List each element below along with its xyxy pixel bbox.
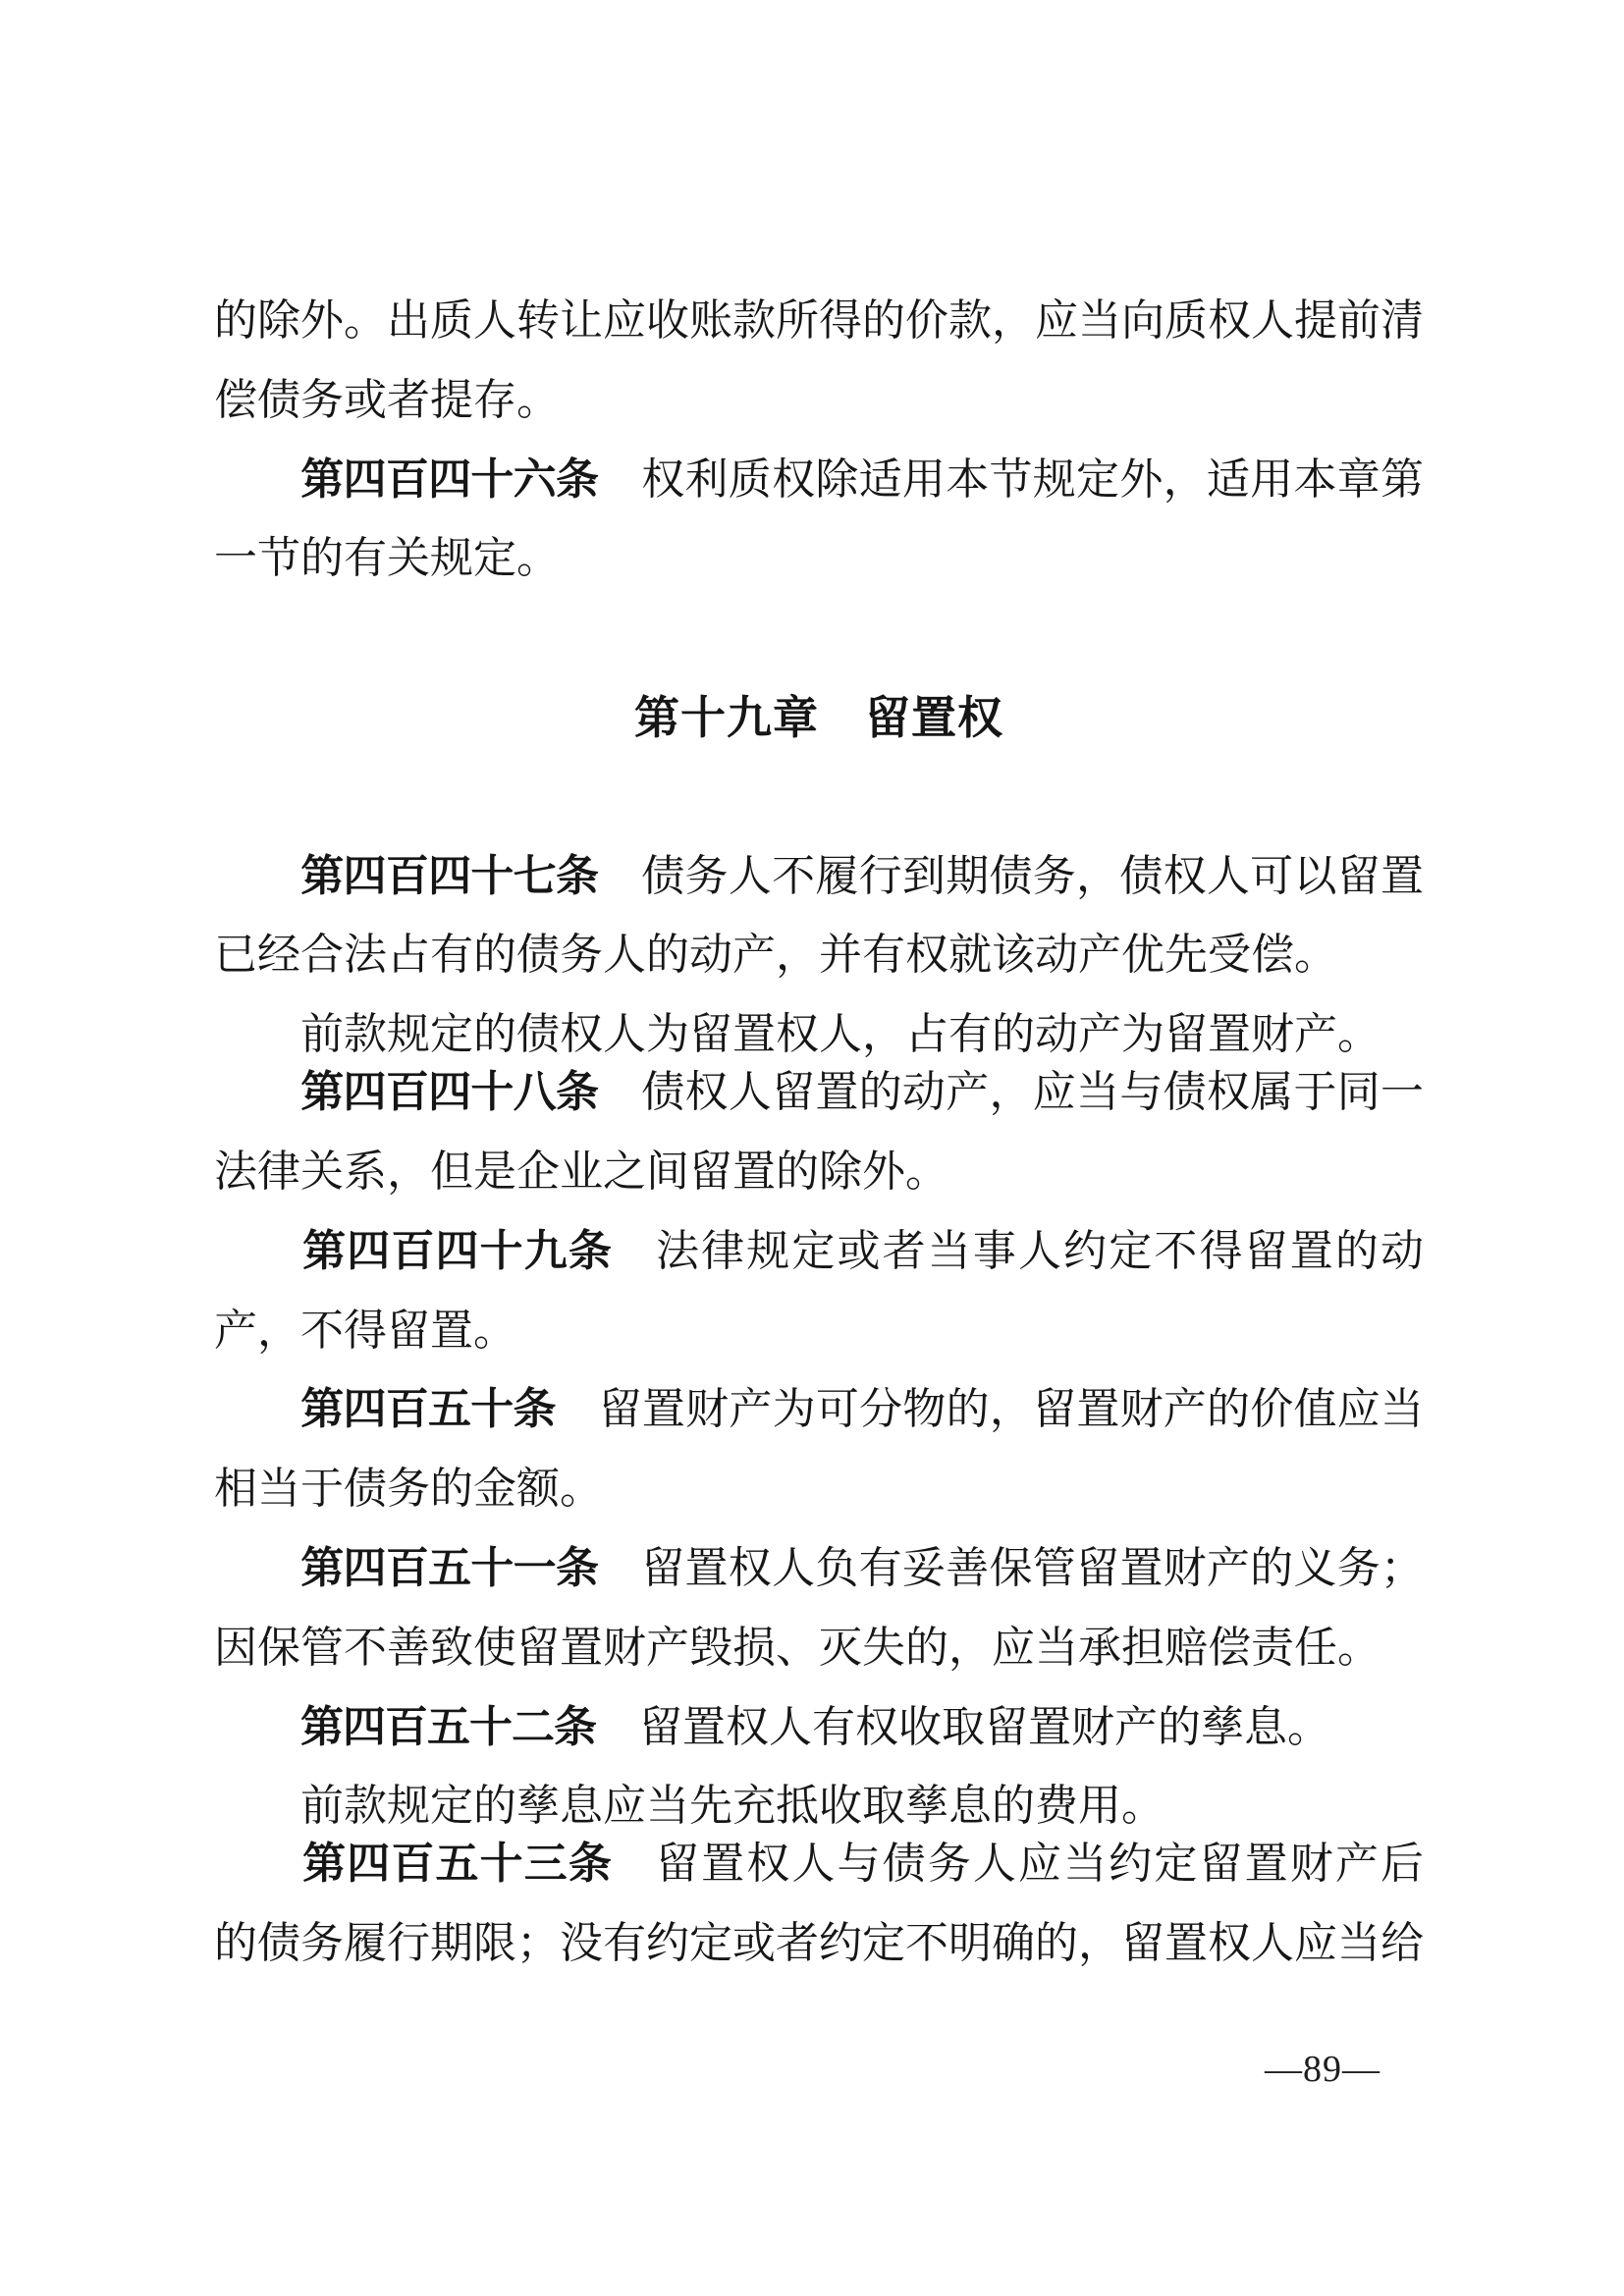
paragraph-text: 前款规定的债权人为留置权人，占有的动产为留置财产。 bbox=[300, 1010, 1380, 1058]
paragraph-indent bbox=[214, 1819, 300, 1820]
text-line: 偿债务或者提存。 bbox=[214, 361, 1424, 441]
text-line: 已经合法占有的债务人的动产，并有权就该动产优先受偿。 bbox=[214, 916, 1424, 995]
article-number: 第四百四十七条 bbox=[300, 852, 598, 900]
article-number: 第四百四十六条 bbox=[300, 455, 598, 504]
text-line: 第四百五十二条留置权人有权收取留置财产的孳息。 bbox=[214, 1688, 1424, 1768]
paragraph-indent bbox=[214, 889, 300, 890]
article-text: 法律规定或者当事人约定不得留置的动 bbox=[656, 1227, 1424, 1275]
paragraph-indent bbox=[214, 1047, 300, 1048]
paragraph-text: 产，不得留置。 bbox=[214, 1307, 516, 1355]
text-line: 第四百四十六条权利质权除适用本节规定外，适用本章第 bbox=[214, 441, 1424, 520]
legal-text-block: 的除外。出质人转让应收账款所得的价款，应当向质权人提前清偿债务或者提存。第四百四… bbox=[214, 282, 1424, 1984]
text-line: 第四百四十九条法律规定或者当事人约定不得留置的动 bbox=[214, 1212, 1424, 1292]
paragraph-indent bbox=[214, 1740, 300, 1741]
chapter-title: 第十九章 留置权 bbox=[634, 692, 1003, 743]
text-line: 第四百四十七条债务人不履行到期债务，债权人可以留置 bbox=[214, 837, 1424, 917]
text-line: 的债务履行期限；没有约定或者约定不明确的，留置权人应当给 bbox=[214, 1904, 1424, 1984]
article-text: 留置财产为可分物的，留置财产的价值应当 bbox=[599, 1385, 1424, 1433]
paragraph-indent bbox=[214, 1422, 300, 1423]
paragraph-indent bbox=[214, 1581, 300, 1582]
text-line: 第四百五十一条留置权人负有妥善保管留置财产的义务； bbox=[214, 1529, 1424, 1609]
document-page: 的除外。出质人转让应收账款所得的价款，应当向质权人提前清偿债务或者提存。第四百四… bbox=[0, 0, 1624, 2296]
text-line: 第四百四十八条债权人留置的动产，应当与债权属于同一 bbox=[214, 1053, 1424, 1133]
text-line: 产，不得留置。 bbox=[214, 1292, 1424, 1371]
paragraph-text: 的债务履行期限；没有约定或者约定不明确的，留置权人应当给 bbox=[214, 1919, 1424, 1967]
text-line: 第四百五十条留置财产为可分物的，留置财产的价值应当 bbox=[214, 1370, 1424, 1450]
paragraph-text: 前款规定的孳息应当先充抵收取孳息的费用。 bbox=[300, 1782, 1164, 1830]
paragraph-indent bbox=[214, 1105, 300, 1106]
paragraph-text: 一节的有关规定。 bbox=[214, 534, 560, 582]
blank-line bbox=[214, 758, 1424, 837]
paragraph-indent bbox=[214, 493, 300, 494]
article-text: 权利质权除适用本节规定外，适用本章第 bbox=[641, 455, 1424, 504]
article-number: 第四百五十条 bbox=[300, 1385, 556, 1433]
article-number: 第四百四十八条 bbox=[300, 1068, 598, 1116]
text-line: 一节的有关规定。 bbox=[214, 519, 1424, 599]
paragraph-indent bbox=[214, 1877, 300, 1878]
text-line: 第四百五十三条留置权人与债务人应当约定留置财产后 bbox=[214, 1825, 1424, 1904]
article-text: 留置权人有权收取留置财产的孳息。 bbox=[639, 1703, 1330, 1751]
paragraph-text: 法律关系，但是企业之间留置的除外。 bbox=[214, 1148, 948, 1196]
text-line: 因保管不善致使留置财产毁损、灭失的，应当承担赔偿责任。 bbox=[214, 1609, 1424, 1688]
paragraph-text: 的除外。出质人转让应收账款所得的价款，应当向质权人提前清 bbox=[214, 296, 1424, 345]
paragraph-text: 相当于债务的金额。 bbox=[214, 1465, 603, 1513]
article-number: 第四百五十一条 bbox=[300, 1544, 598, 1592]
article-number: 第四百五十三条 bbox=[300, 1840, 613, 1888]
article-number: 第四百五十二条 bbox=[300, 1703, 596, 1751]
paragraph-indent bbox=[214, 1264, 300, 1265]
article-text: 债权人留置的动产，应当与债权属于同一 bbox=[641, 1068, 1424, 1116]
chapter-heading: 第十九章 留置权 bbox=[214, 678, 1424, 758]
article-text: 债务人不履行到期债务，债权人可以留置 bbox=[641, 852, 1424, 900]
article-text: 留置权人负有妥善保管留置财产的义务； bbox=[641, 1544, 1424, 1592]
text-line: 相当于债务的金额。 bbox=[214, 1450, 1424, 1529]
article-number: 第四百四十九条 bbox=[300, 1227, 613, 1275]
paragraph-text: 已经合法占有的债务人的动产，并有权就该动产优先受偿。 bbox=[214, 931, 1337, 979]
page-number-label: —89— bbox=[1265, 2049, 1380, 2090]
text-line: 的除外。出质人转让应收账款所得的价款，应当向质权人提前清 bbox=[214, 282, 1424, 361]
paragraph-text: 因保管不善致使留置财产毁损、灭失的，应当承担赔偿责任。 bbox=[214, 1624, 1380, 1672]
text-line: 前款规定的孳息应当先充抵收取孳息的费用。 bbox=[214, 1767, 300, 1768]
blank-line bbox=[214, 599, 1424, 678]
page-number: —89— bbox=[1265, 2048, 1380, 2091]
article-text: 留置权人与债务人应当约定留置财产后 bbox=[656, 1840, 1424, 1888]
text-line: 前款规定的债权人为留置权人，占有的动产为留置财产。 bbox=[214, 995, 300, 996]
text-line: 法律关系，但是企业之间留置的除外。 bbox=[214, 1133, 1424, 1212]
paragraph-text: 偿债务或者提存。 bbox=[214, 376, 560, 424]
